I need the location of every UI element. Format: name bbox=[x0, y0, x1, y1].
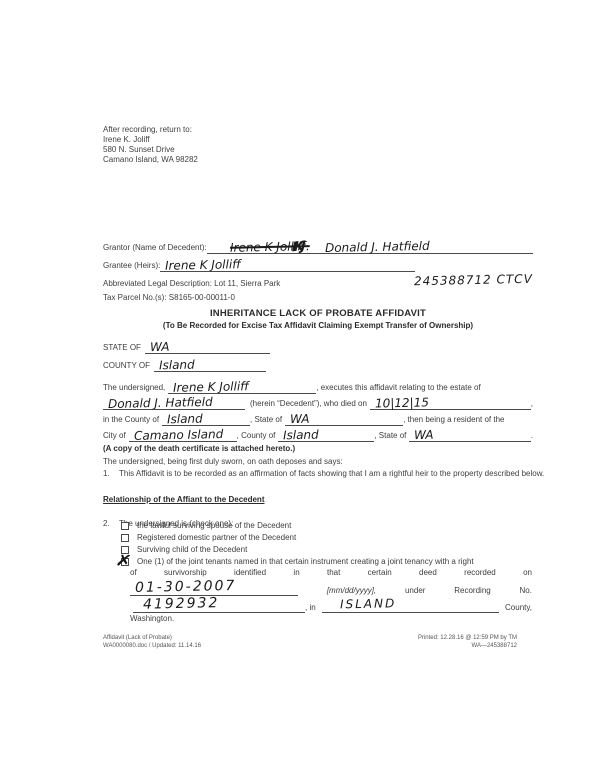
paragraph-text: , executes this affidavit relating to th… bbox=[316, 383, 480, 394]
recording-county-handwriting: ISLAND bbox=[322, 597, 397, 611]
county-row: COUNTY OF Island bbox=[103, 357, 533, 372]
checkbox-row-joint-tenant: ✗ One (1) of the joint tenants named in … bbox=[103, 557, 533, 566]
residence-city-handwriting: Camano Island bbox=[129, 428, 223, 442]
paragraph-text: , then being a resident of the bbox=[403, 415, 504, 426]
county-label: COUNTY OF bbox=[103, 361, 150, 372]
state-blank[interactable]: WA bbox=[145, 340, 270, 354]
washington-line: Washington. bbox=[130, 614, 560, 624]
state-row: STATE OF WA bbox=[103, 339, 533, 354]
deed-date-handwriting: 01-30-2007 bbox=[130, 580, 237, 594]
paragraph-text: , bbox=[531, 399, 533, 410]
affiant-name-blank[interactable]: Irene K Jolliff bbox=[168, 380, 316, 394]
checkbox-label: One (1) of the joint tenants named in th… bbox=[137, 557, 474, 566]
in-word: , in bbox=[305, 603, 316, 613]
footer-right-block: Printed: 12.28.16 @ 12:59 PM by TM WA—24… bbox=[418, 635, 533, 650]
checkbox-unchecked[interactable] bbox=[121, 534, 129, 542]
grantor-crossed-out-handwriting: Irene K Jolliff. bbox=[224, 240, 309, 254]
return-address-block: After recording, return to: Irene K. Jol… bbox=[103, 125, 533, 165]
footer-printed-line: Printed: 12.28.16 @ 12:59 PM by TM bbox=[418, 635, 517, 643]
tax-parcel-label: Tax Parcel No.(s): S8165-00-00011-0 bbox=[103, 293, 235, 302]
residence-state-handwriting: WA bbox=[409, 429, 434, 442]
checkbox-unchecked[interactable] bbox=[121, 522, 129, 530]
checkbox-checked[interactable]: ✗ bbox=[121, 558, 129, 566]
paragraph-text: , State of bbox=[374, 431, 406, 442]
paragraph-line-2: Donald J. Hatfield (herein “Decedent”), … bbox=[103, 394, 533, 410]
grantee-value-handwriting: Irene K Jolliff bbox=[160, 258, 241, 272]
return-address-city: Camano Island, WA 98282 bbox=[103, 155, 533, 165]
death-date-handwriting: 10|12|15 bbox=[370, 396, 429, 409]
checkbox-label: Registered domestic partner of the Deced… bbox=[137, 533, 296, 542]
checkbox-row-surviving-child: Surviving child of the Decedent bbox=[103, 545, 533, 554]
recording-no-handwriting: 4192932 bbox=[133, 597, 220, 611]
grantee-row: Grantee (Heirs): Irene K Jolliff bbox=[103, 257, 533, 272]
paragraph-line-1: The undersigned, Irene K Jolliff , execu… bbox=[103, 378, 533, 394]
item-1: 1. This Affidavit is to be recorded as a… bbox=[103, 469, 549, 479]
death-county-blank[interactable]: Island bbox=[162, 412, 250, 426]
paragraph-line-3: in the County of Island , State of WA , … bbox=[103, 410, 533, 426]
footer-reference-number: WA—245388712 bbox=[418, 643, 517, 651]
paragraph-text: (herein “Decedent”), who died on bbox=[250, 399, 367, 410]
return-address-line: After recording, return to: bbox=[103, 125, 533, 135]
relationship-section-heading: Relationship of the Affiant to the Deced… bbox=[103, 495, 533, 504]
state-label: STATE OF bbox=[103, 343, 141, 354]
paragraph-text: , State of bbox=[250, 415, 282, 426]
grantee-blank[interactable]: Irene K Jolliff bbox=[160, 258, 415, 272]
residence-county-handwriting: Island bbox=[278, 429, 319, 442]
paragraph-text: in the County of bbox=[103, 415, 159, 426]
no-word: No. bbox=[520, 586, 532, 596]
checkbox-label: Surviving child of the Decedent bbox=[137, 545, 247, 554]
checkbox-row-spouse: the lawful surviving spouse of the Deced… bbox=[103, 521, 533, 530]
legal-description-label: Abbreviated Legal Description: Lot 11, S… bbox=[103, 279, 280, 288]
paragraph-text: , County of bbox=[237, 431, 276, 442]
grantor-row: Grantor (Name of Decedent): IKJ Irene K … bbox=[103, 238, 533, 254]
page-footer: Affidavit (Lack of Probate) WA0000080.do… bbox=[103, 635, 533, 650]
death-state-blank[interactable]: WA bbox=[285, 412, 403, 426]
date-format-note: [mm/dd/yyyy], bbox=[327, 586, 376, 596]
return-address-street: 580 N. Sunset Drive bbox=[103, 145, 533, 155]
document-title: INHERITANCE LACK OF PROBATE AFFIDAVIT bbox=[103, 308, 533, 319]
handwritten-x-mark: ✗ bbox=[115, 552, 133, 570]
footer-left-block: Affidavit (Lack of Probate) WA0000080.do… bbox=[103, 635, 201, 650]
affiant-name-handwriting: Irene K Jolliff bbox=[168, 380, 249, 394]
footer-doc-file: WA0000080.doc / Updated: 11.14.16 bbox=[103, 643, 201, 651]
checkbox-label: the lawful surviving spouse of the Deced… bbox=[137, 521, 291, 530]
death-state-handwriting: WA bbox=[285, 413, 310, 426]
county-word: County, bbox=[505, 603, 532, 613]
checkbox-row-domestic-partner: Registered domestic partner of the Deced… bbox=[103, 533, 533, 542]
paragraph-line-4: City of Camano Island , County of Island… bbox=[103, 426, 533, 442]
recording-county-blank[interactable]: ISLAND bbox=[322, 597, 499, 613]
item-1-number: 1. bbox=[103, 469, 110, 479]
item-1-text: This Affidavit is to be recorded as an a… bbox=[119, 469, 544, 478]
county-blank[interactable]: Island bbox=[154, 358, 266, 372]
recording-no-blank[interactable]: 4192932 bbox=[133, 597, 305, 613]
deed-date-blank[interactable]: 01-30-2007 bbox=[130, 580, 298, 596]
deed-date-line: 01-30-2007 [mm/dd/yyyy], under Recording… bbox=[130, 579, 532, 596]
checkbox-options: the lawful surviving spouse of the Deced… bbox=[103, 521, 533, 569]
sworn-statement-line: The undersigned, being first duly sworn,… bbox=[103, 457, 533, 467]
recording-number-handwriting: 245388712 CTCV bbox=[414, 273, 533, 287]
recording-word: Recording bbox=[454, 586, 490, 596]
footer-doc-title: Affidavit (Lack of Probate) bbox=[103, 635, 201, 643]
residence-state-blank[interactable]: WA bbox=[409, 428, 530, 442]
under-word: under bbox=[405, 586, 425, 596]
paragraph-text: . bbox=[531, 431, 533, 442]
residence-city-blank[interactable]: Camano Island bbox=[129, 428, 237, 442]
county-value-handwriting: Island bbox=[154, 359, 195, 372]
residence-county-blank[interactable]: Island bbox=[278, 428, 374, 442]
return-address-name: Irene K. Joliff bbox=[103, 135, 533, 145]
legal-description-row: Abbreviated Legal Description: Lot 11, S… bbox=[103, 279, 533, 289]
affidavit-paragraph: The undersigned, Irene K Jolliff , execu… bbox=[103, 378, 533, 442]
death-certificate-note: (A copy of the death certificate is atta… bbox=[103, 444, 533, 454]
death-date-blank[interactable]: 10|12|15 bbox=[370, 396, 531, 410]
decedent-name-handwriting: Donald J. Hatfield bbox=[103, 396, 213, 410]
state-value-handwriting: WA bbox=[145, 341, 170, 354]
grantor-blank[interactable]: IKJ Irene K Jolliff. Donald J. Hatfield bbox=[207, 240, 533, 254]
grantor-label: Grantor (Name of Decedent): bbox=[103, 243, 207, 254]
document-subtitle: (To Be Recorded for Excise Tax Affidavit… bbox=[103, 321, 533, 330]
death-county-handwriting: Island bbox=[162, 413, 203, 426]
decedent-name-blank[interactable]: Donald J. Hatfield bbox=[103, 396, 245, 410]
survivorship-continuation-line: of survivorship identified in that certa… bbox=[130, 568, 532, 577]
paragraph-text: The undersigned, bbox=[103, 383, 165, 394]
grantee-label: Grantee (Heirs): bbox=[103, 261, 160, 272]
affidavit-document-page: After recording, return to: Irene K. Jol… bbox=[0, 0, 600, 776]
paragraph-text: City of bbox=[103, 431, 126, 442]
tax-parcel-row: Tax Parcel No.(s): S8165-00-00011-0 bbox=[103, 293, 533, 303]
recording-number-line: 4192932 , in ISLAND County, bbox=[133, 596, 532, 613]
grantor-value-handwriting: Donald J. Hatfield bbox=[319, 240, 429, 254]
